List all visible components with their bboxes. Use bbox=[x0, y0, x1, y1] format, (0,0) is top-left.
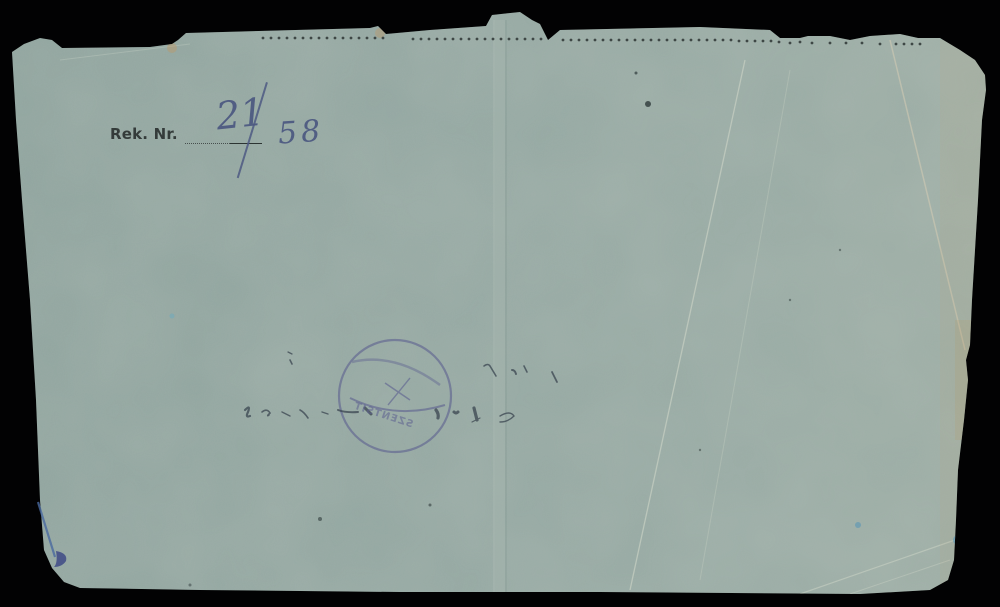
scanned-document: Rek. Nr. 21 58 SZENTSIT bbox=[0, 0, 1000, 607]
center-fold bbox=[495, 20, 505, 600]
registration-number-numerator: 21 bbox=[214, 90, 267, 139]
form-label-rek-nr: Rek. Nr. bbox=[110, 125, 178, 143]
paper-sheet bbox=[0, 0, 1000, 607]
registration-number-denominator: 58 bbox=[277, 113, 326, 151]
